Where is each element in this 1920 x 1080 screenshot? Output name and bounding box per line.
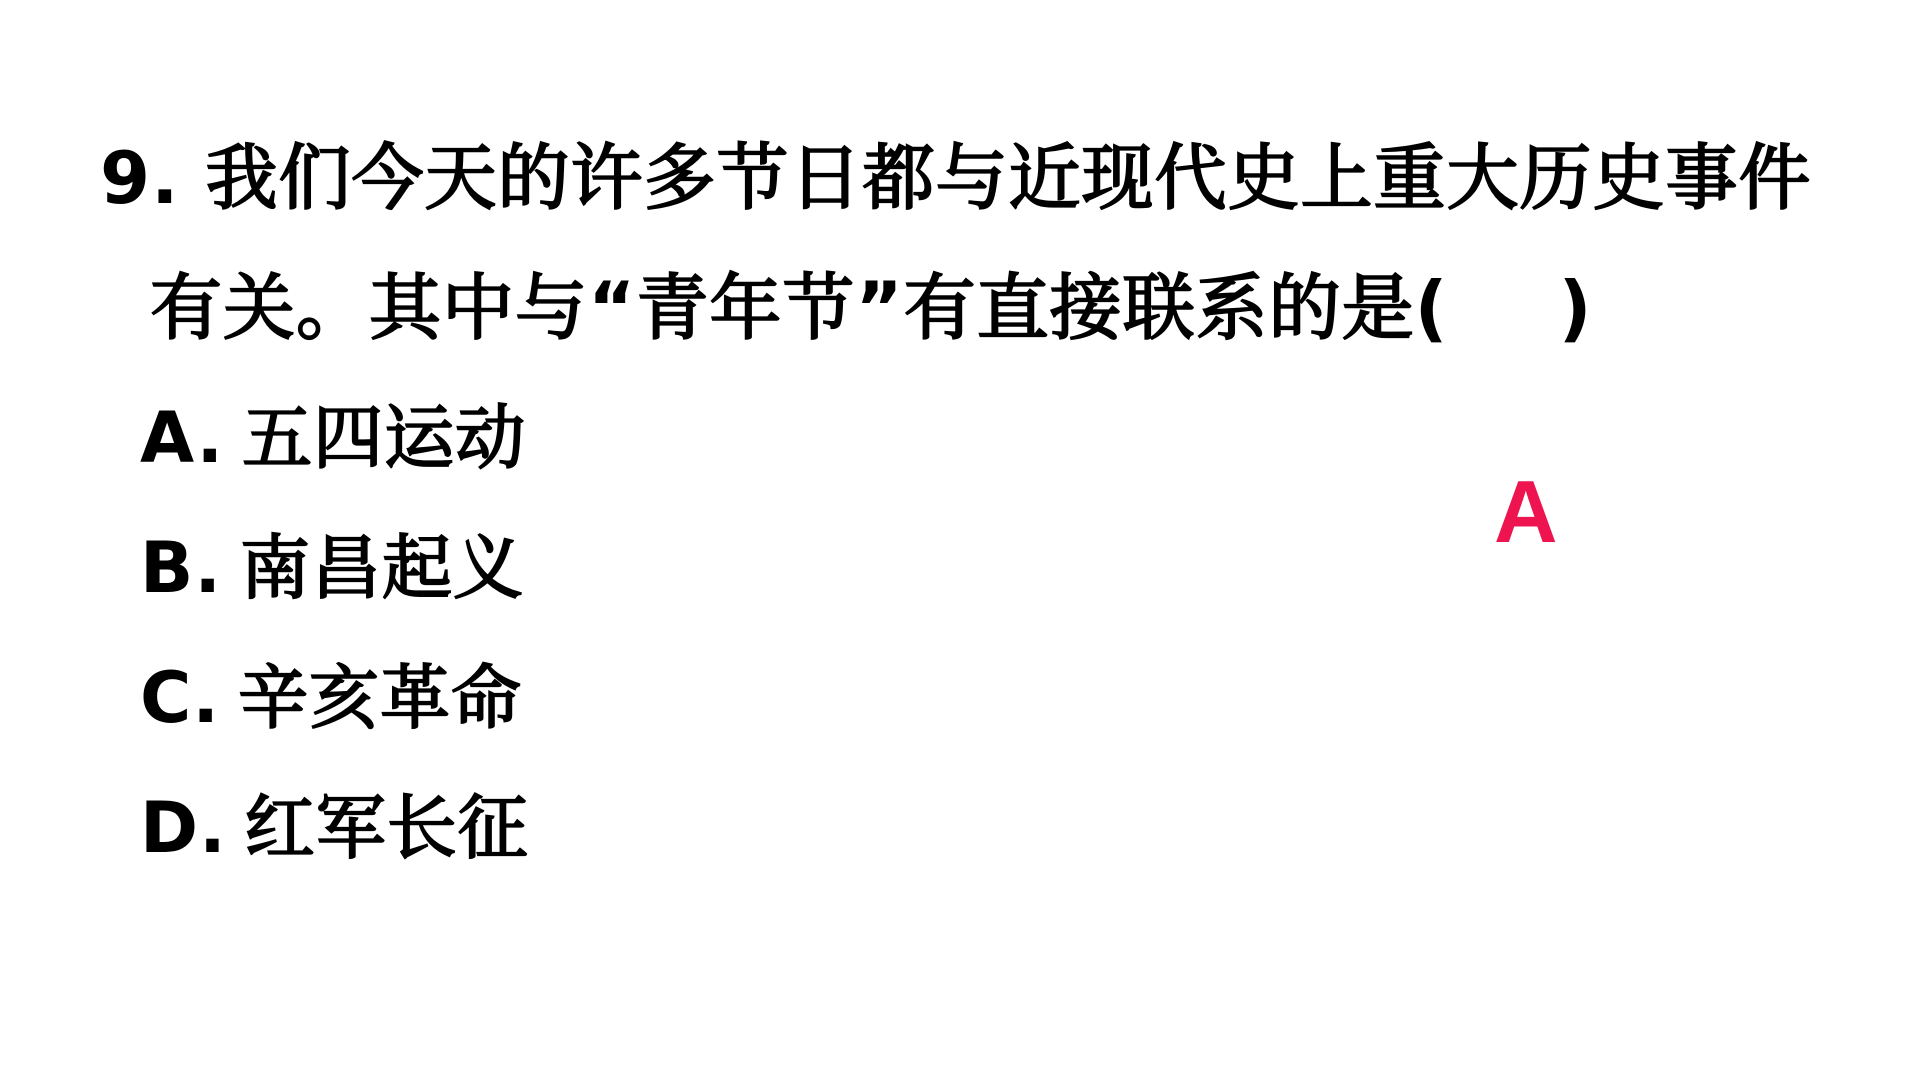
closing-paren: ) [1559, 266, 1593, 350]
option-text: 五四运动 [242, 397, 526, 479]
option-c: C.辛亥革命 [140, 658, 522, 738]
option-text: 南昌起义 [240, 527, 524, 609]
option-text: 红军长征 [245, 787, 529, 869]
answer-mark: A [1494, 468, 1558, 556]
question-line-2: 有关。其中与“青年节”有直接联系的是() [150, 268, 1592, 348]
option-text: 辛亥革命 [238, 657, 522, 739]
option-label: D. [140, 788, 227, 868]
option-label: B. [140, 528, 222, 608]
question-text-line-2: 有关。其中与“青年节”有直接联系的是( [150, 266, 1449, 350]
option-a: A.五四运动 [140, 398, 526, 478]
option-d: D.红军长征 [140, 788, 529, 868]
option-label: A. [140, 398, 224, 478]
option-label: C. [140, 658, 220, 738]
option-b: B.南昌起义 [140, 528, 524, 608]
question-number: 9. [100, 136, 179, 220]
question-text-line-1: 我们今天的许多节日都与近现代史上重大历史事件 [206, 136, 1812, 220]
question-line-1: 9. 我们今天的许多节日都与近现代史上重大历史事件 [100, 138, 1812, 218]
